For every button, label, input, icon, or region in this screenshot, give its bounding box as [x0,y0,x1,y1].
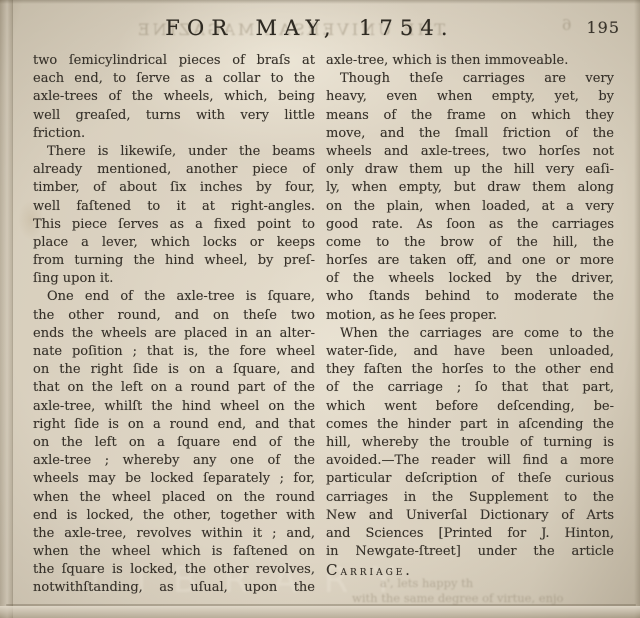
text-line: in Newgate-ſtreet] under the article [326,543,614,561]
text-line: on the left on a ſquare end of the [33,434,315,452]
text-line: friction. [33,125,315,143]
bleedthrough-text-line: a', lets happy th [380,576,630,590]
text-line: end is locked, the other, together with [33,507,315,525]
page-number: 195 [586,18,620,37]
text-line: place a lever, which locks or keeps [33,234,315,252]
text-line: wheels and axle-trees, two horſes not [326,143,614,161]
text-line: the other round, and on theſe two [33,307,315,325]
text-line: particular deſcription of theſe curious [326,470,614,488]
page-edge-crease [12,0,13,618]
text-line: avoided.—The reader will find a more [326,452,614,470]
text-line: when the wheel which is faſtened on [33,543,315,561]
text-line: well greaſed, turns with very little [33,107,315,125]
text-line: Though theſe carriages are very [326,70,614,88]
text-line: right ſide is on a round end, and that [33,416,315,434]
page-edge-bottom [0,606,640,618]
text-line: the ſquare is locked, the other revolves… [33,561,315,579]
text-line: which went before deſcending, be- [326,398,614,416]
text-line: ſing upon it. [33,270,315,288]
text-line: axle-trees of the wheels, which, being [33,88,315,106]
text-line: New and Univerſal Dictionary of Arts [326,507,614,525]
text-line: axle-tree, whilſt the hind wheel on the [33,398,315,416]
text-line: ends the wheels are placed in an alter- [33,325,315,343]
text-line: good rate. As ſoon as the carriages [326,216,614,234]
text-line: notwithſtanding, as uſual, upon the [33,579,315,597]
page-edge-right [634,0,640,618]
text-line: nate poſition ; that is, the fore wheel [33,343,315,361]
text-line: hill, whereby the trouble of turning is [326,434,614,452]
text-line: carriages in the Supplement to the [326,489,614,507]
text-line: heavy, even when empty, yet, by [326,88,614,106]
text-line: There is likewiſe, under the beams [33,143,315,161]
text-line: and Sciences [Printed for J. Hinton, [326,525,614,543]
text-line: One end of the axle-tree is ſquare, [33,288,315,306]
text-line: when the wheel placed on the round [33,489,315,507]
text-line: axle-tree, which is then immoveable. [326,52,614,70]
text-line: two ſemicylindrical pieces of braſs at [33,52,315,70]
page-header: THE UNIVERSAL MAGAZINE 6 FOR MAY, 1754. … [0,12,640,46]
page-title: FOR MAY, 1754. [0,16,620,40]
column-left: two ſemicylindrical pieces of braſs atea… [33,52,315,598]
text-line: who ſtands behind to moderate the [326,288,614,306]
text-line: well faſtened to it at right-angles. [33,198,315,216]
text-line: When the carriages are come to the [326,325,614,343]
text-line: comes the hinder part in aſcending the [326,416,614,434]
text-line: axle-tree ; whereby any one of the [33,452,315,470]
text-line: each end, to ſerve as a collar to the [33,70,315,88]
text-line: wheels may be locked ſeparately ; for, [33,470,315,488]
text-line: move, and the ſmall friction of the [326,125,614,143]
column-right: axle-tree, which is then immoveable.Thou… [326,52,614,579]
text-line: come to the brow of the hill, the [326,234,614,252]
text-line: on the right ſide is on a ſquare, and [33,361,315,379]
text-line: they faſten the horſes to the other end [326,361,614,379]
text-line: only draw them up the hill very eaſi- [326,161,614,179]
text-line: of the carriage ; ſo that that part, [326,379,614,397]
text-line: means of the frame on which they [326,107,614,125]
text-line: that on the left on a round part of the [33,379,315,397]
page-edge-top [0,0,640,4]
text-line: on the plain, when loaded, at a very [326,198,614,216]
bleedthrough-text-line: with the same degree of virtue, enjo [352,591,632,605]
text-line: ly, when empty, but draw them along [326,179,614,197]
text-line: the axle-tree, revolves within it ; and, [33,525,315,543]
text-line: horſes are taken off, and one or more [326,252,614,270]
text-line: This piece ſerves as a fixed point to [33,216,315,234]
text-line: timber, of about ſix inches by four, [33,179,315,197]
text-line: from turning the hind wheel, by preſ- [33,252,315,270]
text-line: motion, as he ſees proper. [326,307,614,325]
text-line: of the wheels locked by the driver, [326,270,614,288]
text-line: already mentioned, another piece of [33,161,315,179]
magazine-page-scan: LIBRARY THE UNIVERSAL MAGAZINE 6 FOR MAY… [0,0,640,618]
text-line: water-ſide, and have been unloaded, [326,343,614,361]
